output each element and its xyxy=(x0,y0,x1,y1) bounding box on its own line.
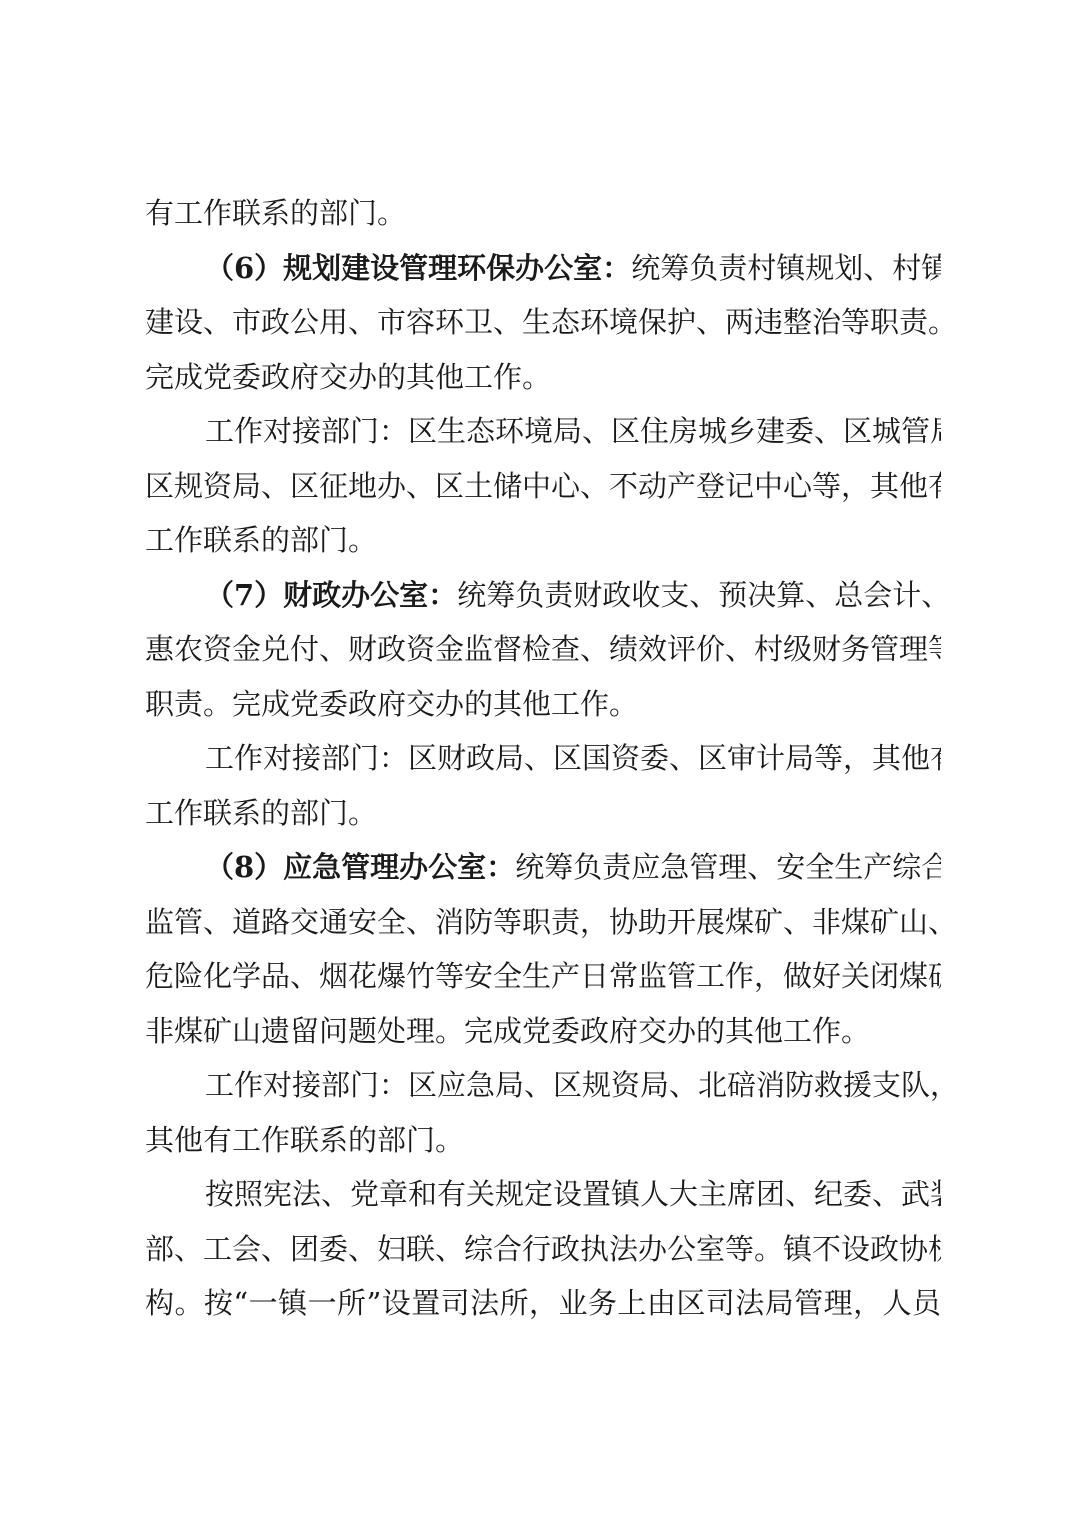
section-heading-6: （6）规划建设管理环保办公室： xyxy=(205,251,631,285)
text-line: 建设、市政公用、市容环卫、生态环境保护、两违整治等职责。 xyxy=(145,295,941,350)
text-line: 职责。完成党委政府交办的其他工作。 xyxy=(145,677,941,732)
text-line: 其他有工作联系的部门。 xyxy=(145,1113,941,1168)
section-heading-8: （8）应急管理办公室： xyxy=(205,850,515,884)
text-line: 区规资局、区征地办、区土储中心、不动产登记中心等，其他有 xyxy=(145,459,941,514)
text-line: 工作联系的部门。 xyxy=(145,513,941,568)
text-line: 部、工会、团委、妇联、综合行政执法办公室等。镇不设政协机 xyxy=(145,1222,941,1277)
text-line: 工作对接部门：区应急局、区规资局、北碚消防救援支队， xyxy=(145,1058,941,1113)
document-page: 有工作联系的部门。 （6）规划建设管理环保办公室：统筹负责村镇规划、村镇 建设、… xyxy=(145,186,941,1331)
text-line: 非煤矿山遗留问题处理。完成党委政府交办的其他工作。 xyxy=(145,1004,941,1059)
text-line: 工作对接部门：区财政局、区国资委、区审计局等，其他有 xyxy=(145,731,941,786)
text-line: 危险化学品、烟花爆竹等安全生产日常监管工作，做好关闭煤矿、 xyxy=(145,949,941,1004)
text-line: 工作联系的部门。 xyxy=(145,786,941,841)
text-line: 工作对接部门：区生态环境局、区住房城乡建委、区城管局、 xyxy=(145,404,941,459)
section-body: 统筹负责财政收支、预决算、总会计、 xyxy=(457,578,941,612)
text-line: 完成党委政府交办的其他工作。 xyxy=(145,350,941,405)
section-heading-7: （7）财政办公室： xyxy=(205,578,457,612)
section-body: 统筹负责应急管理、安全生产综合 xyxy=(515,850,941,884)
text-line: 监管、道路交通安全、消防等职责，协助开展煤矿、非煤矿山、 xyxy=(145,895,941,950)
section-body: 统筹负责村镇规划、村镇 xyxy=(631,251,941,285)
text-line: 惠农资金兑付、财政资金监督检查、绩效评价、村级财务管理等 xyxy=(145,622,941,677)
text-line: 构。按“一镇一所”设置司法所，业务上由区司法局管理，人员 xyxy=(145,1276,941,1331)
text-line: 有工作联系的部门。 xyxy=(145,186,941,241)
section-heading-line: （7）财政办公室：统筹负责财政收支、预决算、总会计、 xyxy=(145,568,941,623)
section-heading-line: （8）应急管理办公室：统筹负责应急管理、安全生产综合 xyxy=(145,840,941,895)
section-heading-line: （6）规划建设管理环保办公室：统筹负责村镇规划、村镇 xyxy=(145,241,941,296)
text-line: 按照宪法、党章和有关规定设置镇人大主席团、纪委、武装 xyxy=(145,1167,941,1222)
